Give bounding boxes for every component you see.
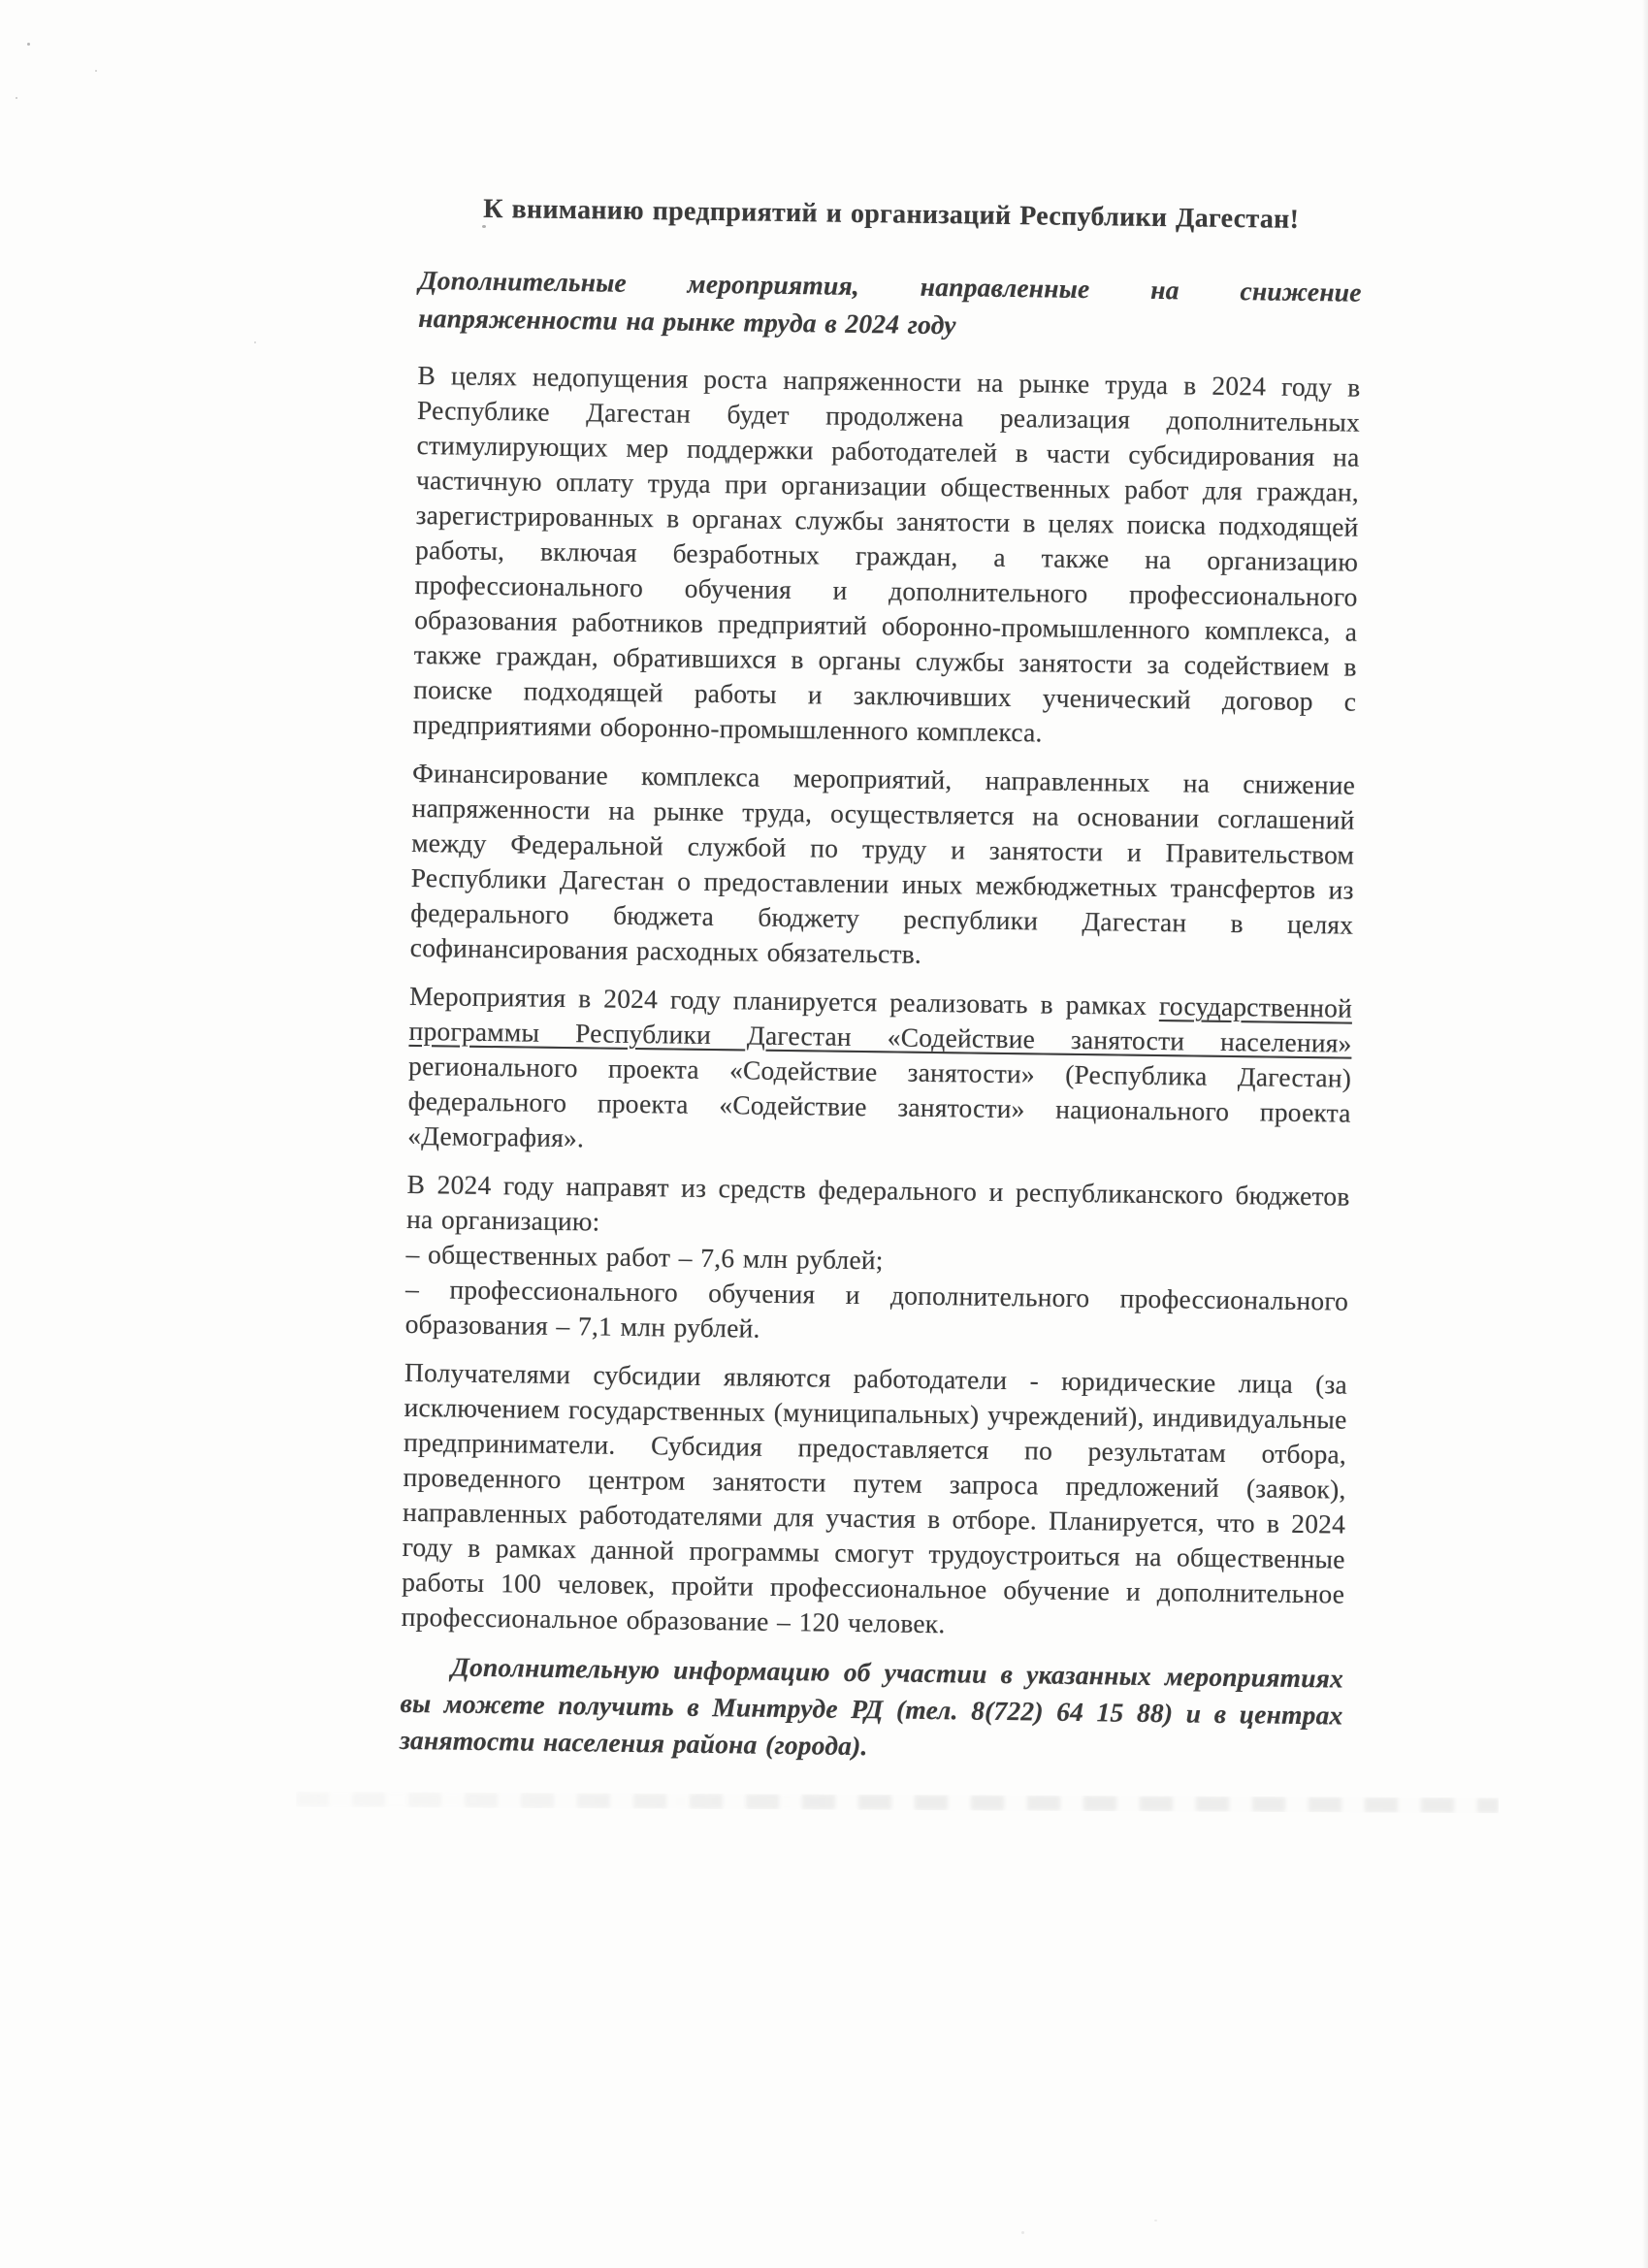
scan-speck (27, 43, 30, 46)
paragraph-goals: В целях недопущения роста напряженности … (413, 358, 1361, 755)
program-text-after: регионального проекта «Содействие занято… (407, 1051, 1351, 1152)
document-subtitle: Дополнительные мероприятия, направленные… (418, 261, 1362, 349)
scan-speck (254, 341, 256, 343)
paragraph-financing: Финансирование комплекса мероприятий, на… (410, 756, 1356, 978)
budget-item-training: – профессионального обучения и дополните… (404, 1272, 1348, 1354)
document-title: К вниманию предприятий и организаций Рес… (420, 190, 1363, 239)
paragraph-contacts: Дополнительную информацию об участии в у… (400, 1648, 1343, 1771)
scan-speck (16, 97, 17, 99)
program-text-before: Мероприятия в 2024 году планируется реал… (409, 981, 1159, 1021)
scanned-document-page: К вниманию предприятий и организаций Рес… (0, 0, 1648, 2268)
paragraph-program: Мероприятия в 2024 году планируется реал… (407, 979, 1352, 1166)
paragraph-recipients: Получателями субсидии являются работодат… (402, 1355, 1348, 1647)
scan-bleedthrough-artifact (296, 1792, 1499, 1813)
budget-intro: В 2024 году направят из средств федераль… (406, 1167, 1350, 1249)
scan-speck (95, 70, 97, 72)
document-content: К вниманию предприятий и организаций Рес… (400, 190, 1363, 1785)
paragraph-budget: В 2024 году направят из средств федераль… (404, 1167, 1349, 1354)
scan-speck (1021, 2231, 1024, 2234)
scan-speck (1154, 2219, 1157, 2221)
